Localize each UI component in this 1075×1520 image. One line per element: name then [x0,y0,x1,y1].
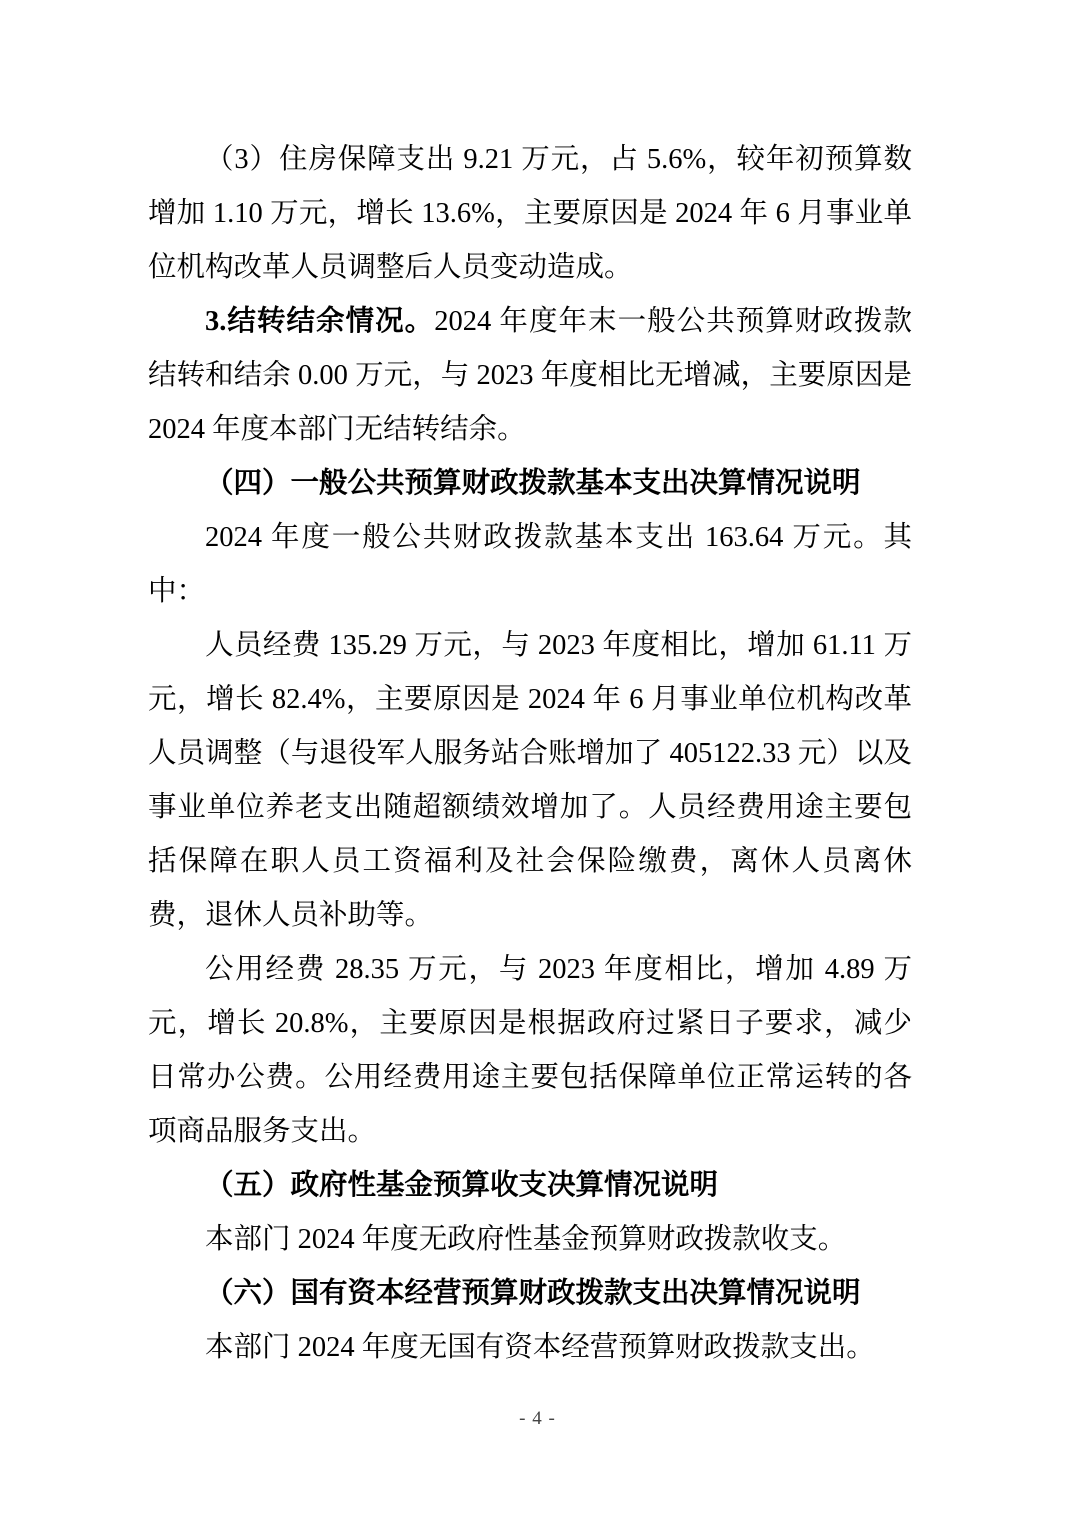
paragraph-no-government-fund: 本部门 2024 年度无政府性基金预算财政拨款收支。 [148,1213,912,1267]
page-number: - 4 - [519,1408,556,1429]
heading-section-five-government-fund-budget: （五）政府性基金预算收支决算情况说明 [148,1159,912,1213]
page-footer: - 4 - [0,1405,1075,1433]
document-body: （3）住房保障支出 9.21 万元，占 5.6%，较年初预算数增加 1.10 万… [148,133,912,1375]
paragraph-personnel-funds: 人员经费 135.29 万元，与 2023 年度相比，增加 61.11 万元，增… [148,619,912,943]
carryover-balance-lead: 3.结转结余情况。 [205,306,434,337]
paragraph-basic-expenditure-total: 2024 年度一般公共财政拨款基本支出 163.64 万元。其中： [148,511,912,619]
paragraph-no-state-capital: 本部门 2024 年度无国有资本经营预算财政拨款支出。 [148,1321,912,1375]
heading-section-six-state-capital-budget: （六）国有资本经营预算财政拨款支出决算情况说明 [148,1267,912,1321]
document-page: （3）住房保障支出 9.21 万元，占 5.6%，较年初预算数增加 1.10 万… [0,0,1075,1520]
paragraph-public-funds: 公用经费 28.35 万元，与 2023 年度相比，增加 4.89 万元，增长 … [148,943,912,1159]
paragraph-housing-support-expense: （3）住房保障支出 9.21 万元，占 5.6%，较年初预算数增加 1.10 万… [148,133,912,295]
heading-section-four-basic-expenditure: （四）一般公共预算财政拨款基本支出决算情况说明 [148,457,912,511]
paragraph-carryover-balance: 3.结转结余情况。2024 年度年末一般公共预算财政拨款结转和结余 0.00 万… [148,295,912,457]
